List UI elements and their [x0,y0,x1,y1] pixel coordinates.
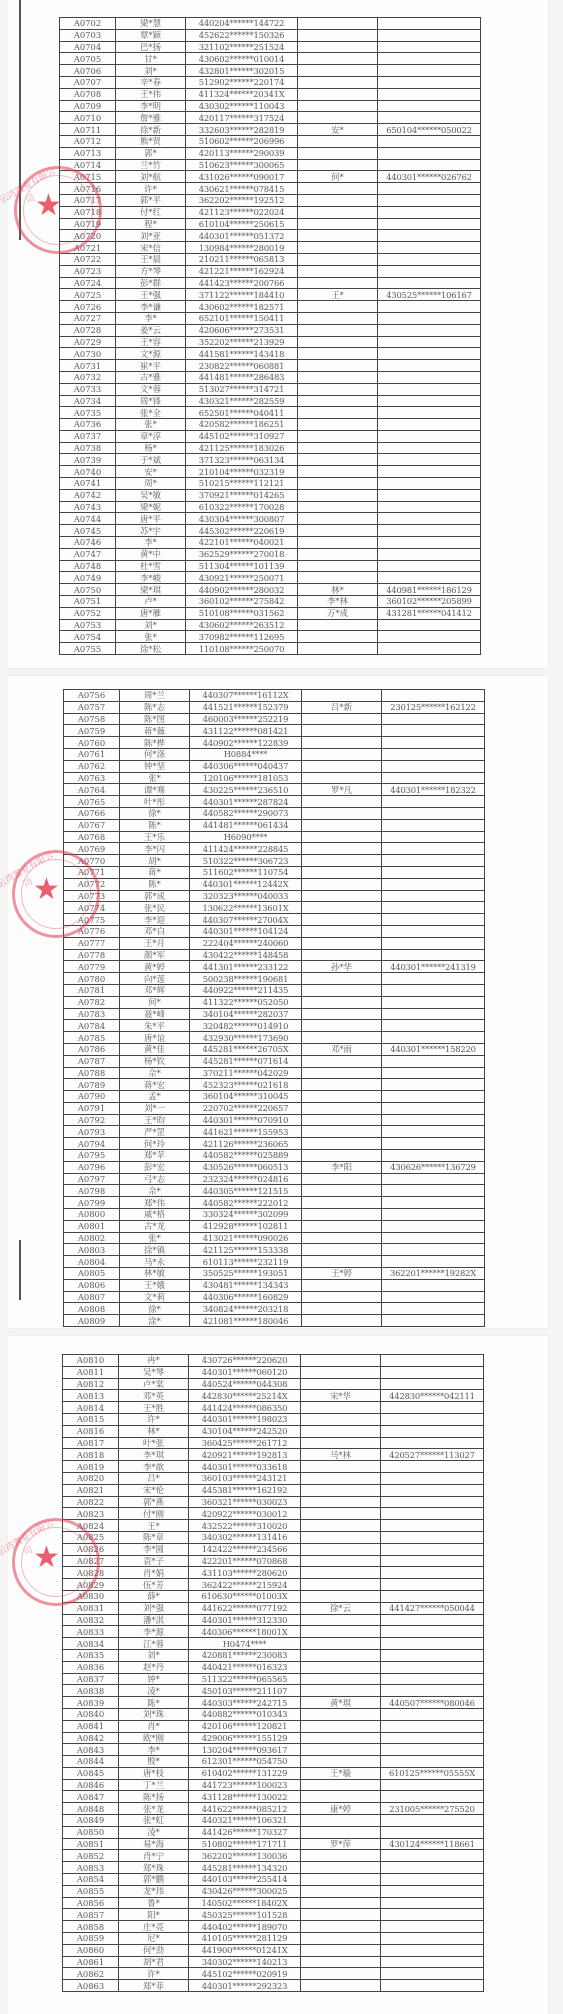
guardian-name [298,183,378,195]
guardian-id-number [378,336,481,348]
record-code: A0751 [60,596,116,608]
record-code: A0829 [63,1579,119,1591]
record-code: A0762 [64,760,120,772]
person-name: 戚*格 [120,1209,190,1221]
person-name: 唐*雁 [116,607,186,619]
record-code: A0783 [64,1008,120,1020]
id-number: 220702******220657 [190,1102,302,1114]
id-number: 441622******077192 [189,1602,301,1614]
guardian-id-number: 231005******275520 [381,1803,484,1815]
person-name: 李*歆 [119,1461,189,1473]
guardian-name [301,1885,381,1897]
guardian-name [301,1355,381,1367]
person-name: 王*乐 [120,831,190,843]
person-name: 蒋*薇 [120,725,190,737]
table-row: A0711徐*新332603******282819安*650104******… [60,124,481,136]
id-number: 430726******220620 [189,1355,301,1367]
guardian-id-number [378,312,481,324]
id-number: 445281******134320 [189,1862,301,1874]
person-name: 鲁* [119,1897,189,1909]
id-number: 430621******078415 [186,183,298,195]
table-row: A0839陈*440303******242715黄*琪440507******… [63,1697,484,1709]
guardian-name [298,112,378,124]
table-row: A0861胡*君340302******140213 [63,1956,484,1968]
person-name: 程* [116,218,186,230]
record-code: A0779 [64,961,120,973]
guardian-name [301,1826,381,1838]
guardian-id-number [378,548,481,560]
person-name: 何*玲 [120,1138,190,1150]
table-row: A0800戚*格330324******302099 [64,1209,485,1221]
record-code: A0725 [60,289,116,301]
record-code: A0782 [64,996,120,1008]
id-number: 320323******040033 [190,890,302,902]
person-name: 佘* [120,1185,190,1197]
guardian-name [301,1555,381,1567]
guardian-name [302,1067,382,1079]
record-code: A0758 [64,713,120,725]
guardian-name [298,230,378,242]
id-number: 441900******01241X [189,1944,301,1956]
table-row: A0736张*420582******186251 [60,419,481,431]
guardian-name [298,253,378,265]
person-name: 张*虹 [119,1815,189,1827]
guardian-name [301,1472,381,1484]
record-code: A0775 [64,914,120,926]
id-number: 360321******030023 [189,1496,301,1508]
record-code: A0850 [63,1826,119,1838]
guardian-id-number [381,1355,484,1367]
person-name: 薛* [119,1590,189,1602]
record-code: A0800 [64,1209,120,1221]
person-name: 王*容 [116,336,186,348]
guardian-name [302,1102,382,1114]
id-number: 441581******143418 [186,348,298,360]
guardian-name [301,1543,381,1555]
guardian-name [301,1862,381,1874]
record-code: A0730 [60,348,116,360]
guardian-name [302,855,382,867]
guardian-name [301,1649,381,1661]
table-row: A0785唐*谊432930******173690 [64,1032,485,1044]
guardian-id-number [382,1315,485,1327]
table-row: A0725王*强371122******184410王*430525******… [60,289,481,301]
record-code: A0822 [63,1496,119,1508]
person-name: 刘*强 [119,1602,189,1614]
guardian-name [302,1114,382,1126]
guardian-id-number: 360102******205899 [378,596,481,608]
id-number: 430225******236510 [190,784,302,796]
guardian-name [302,831,382,843]
guardian-name [302,890,382,902]
record-code: A0861 [63,1956,119,1968]
id-number: 411424******228845 [190,843,302,855]
id-number: 445381******162192 [189,1484,301,1496]
person-name: 朱*平 [120,1020,190,1032]
guardian-id-number [378,360,481,372]
roster-table-page-3: A0810冉*430726******220620A0811吴*琴440301*… [62,1354,484,1992]
id-number: 510215******112121 [186,478,298,490]
table-row: A0860何*劲441900******01241X [63,1944,484,1956]
person-name: 周* [116,478,186,490]
person-name: 覃*颖 [116,29,186,41]
table-row: A0715刘*航431026******090017何*440301******… [60,171,481,183]
guardian-name [302,937,382,949]
guardian-name: 罗*萍 [301,1838,381,1850]
guardian-id-number [382,1303,485,1315]
id-number: 441481******286483 [186,371,298,383]
guardian-name [301,1956,381,1968]
person-name: 郑*伟 [120,1197,190,1209]
guardian-name [301,1508,381,1520]
guardian-name [302,1079,382,1091]
person-name: 宋*信 [116,242,186,254]
guardian-id-number [378,454,481,466]
record-code: A0810 [63,1355,119,1367]
record-code: A0855 [63,1885,119,1897]
table-row: A0713郭*420113******290039 [60,147,481,159]
guardian-name [301,1673,381,1685]
guardian-name: 林* [298,584,378,596]
table-row: A0778颜*军430422******148458 [64,949,485,961]
guardian-id-number [381,1461,484,1473]
person-name: 唐*平 [116,513,186,525]
guardian-name [298,466,378,478]
guardian-id-number [381,1980,484,1992]
table-row: A0710詹*雅420117******317524 [60,112,481,124]
record-code: A0826 [63,1543,119,1555]
guardian-id-number [382,725,485,737]
guardian-name [298,312,378,324]
id-number: 440301******198023 [189,1413,301,1425]
record-code: A0793 [64,1126,120,1138]
person-name: 聂*峰 [120,1008,190,1020]
guardian-name [301,1614,381,1626]
record-code: A0722 [60,253,116,265]
table-row: A0734周*锋430321******282559 [60,395,481,407]
table-row: A0749李*峻430921******250071 [60,572,481,584]
id-number: 210211******065813 [186,253,298,265]
record-code: A0823 [63,1508,119,1520]
table-row: A0787杨*钦445281******071614 [64,1055,485,1067]
table-row: A0741周*510215******112121 [60,478,481,490]
record-code: A0741 [60,478,116,490]
record-code: A0772 [64,878,120,890]
guardian-name [301,1791,381,1803]
person-name: 文*莉 [120,1291,190,1303]
guardian-name: 徐*云 [301,1602,381,1614]
guardian-name [298,348,378,360]
guardian-id-number [382,690,485,702]
id-number: 362529******270018 [186,548,298,560]
person-name: 彭*群 [116,277,186,289]
guardian-id-number [378,18,481,30]
record-code: A0830 [63,1590,119,1602]
record-code: A0796 [64,1161,120,1173]
person-name: 伍*芳 [119,1579,189,1591]
id-number: 352202******213929 [186,336,298,348]
id-number: 441723******100023 [189,1779,301,1791]
record-code: A0795 [64,1150,120,1162]
person-name: 刘* [116,65,186,77]
guardian-id-number [381,1956,484,1968]
id-number: 420921******192813 [189,1449,301,1461]
guardian-id-number: 440301******026762 [378,171,481,183]
record-code: A0789 [64,1079,120,1091]
record-code: A0776 [64,925,120,937]
guardian-id-number [378,631,481,643]
record-code: A0836 [63,1661,119,1673]
person-name: 文*源 [116,348,186,360]
id-number: 370211******042029 [190,1067,302,1079]
guardian-id-number [382,1279,485,1291]
record-code: A0785 [64,1032,120,1044]
guardian-id-number [378,112,481,124]
guardian-name [302,843,382,855]
table-row: A0825陈*章340302******131416 [63,1531,484,1543]
guardian-id-number [381,1567,484,1579]
guardian-name [301,1921,381,1933]
record-code: A0858 [63,1921,119,1933]
table-row: A0807文*莉440306******160829 [64,1291,485,1303]
person-name: 张* [120,772,190,784]
table-row: A0756周*兰440307******16112X [64,690,485,702]
guardian-name [302,1220,382,1232]
table-row: A0780向*莲500238******190681 [64,973,485,985]
person-name: 王*强 [116,289,186,301]
guardian-name [301,1708,381,1720]
guardian-id-number: 650104******050022 [378,124,481,136]
record-code: A0731 [60,360,116,372]
guardian-name: 宋*华 [301,1390,381,1402]
guardian-id-number [378,430,481,442]
table-row: A0772陈*440301******12442X [64,878,485,890]
id-number: 430526******060513 [190,1161,302,1173]
record-code: A0792 [64,1114,120,1126]
person-name: 安* [116,466,186,478]
guardian-name [301,1933,381,1945]
guardian-id-number [381,1626,484,1638]
record-code: A0716 [60,183,116,195]
table-row: A0751卢*360102******275842李*林360102******… [60,596,481,608]
id-number: 440582******290073 [190,807,302,819]
person-name: 刘*航 [116,171,186,183]
id-number: 431128******130022 [189,1791,301,1803]
record-code: A0788 [64,1067,120,1079]
guardian-id-number [378,525,481,537]
guardian-id-number [382,1126,485,1138]
person-name: 周*兰 [120,690,190,702]
guardian-id-number [381,1472,484,1484]
person-name: 梁*慧 [116,18,186,30]
guardian-name [298,513,378,525]
guardian-name [302,902,382,914]
id-number: 452323******021618 [190,1079,302,1091]
guardian-name [302,973,382,985]
guardian-name [298,336,378,348]
record-code: A0747 [60,548,116,560]
id-number: 450103******211107 [189,1685,301,1697]
guardian-name [298,619,378,631]
record-code: A0746 [60,537,116,549]
table-row: A0739于*斌371323******063134 [60,454,481,466]
guardian-id-number [381,1791,484,1803]
person-name: 于*斌 [116,454,186,466]
table-row: A0717郭*平362202******192512 [60,194,481,206]
table-row: A0831刘*强441622******077192徐*云441427*****… [63,1602,484,1614]
table-row: A0853郑*珠445281******134320 [63,1862,484,1874]
person-name: 谭*骞 [120,784,190,796]
guardian-id-number [378,135,481,147]
table-row: A0758陈*图460003******252219 [64,713,485,725]
person-name: 陈* [120,878,190,890]
guardian-name [301,1732,381,1744]
guardian-id-number [378,183,481,195]
guardian-id-number [381,1850,484,1862]
id-number: 440306******040437 [190,760,302,772]
table-row: A0746李*422101******040021 [60,537,481,549]
guardian-name: 马*林 [301,1449,381,1461]
record-code: A0843 [63,1744,119,1756]
record-code: A0837 [63,1673,119,1685]
table-row: A0738杨*421125******183026 [60,442,481,454]
table-row: A0818李*琪420921******192813马*林420527*****… [63,1449,484,1461]
guardian-id-number [381,1874,484,1886]
id-number: 410105******281129 [189,1933,301,1945]
record-code: A0801 [64,1220,120,1232]
person-name: 兰*竹 [116,159,186,171]
guardian-id-number [381,1744,484,1756]
record-code: A0845 [63,1767,119,1779]
table-row: A0837钟*511322******065565 [63,1673,484,1685]
person-name: 庄*亮 [119,1921,189,1933]
guardian-id-number [381,1496,484,1508]
guardian-id-number [381,1826,484,1838]
id-number: 440301******312330 [189,1614,301,1626]
record-code: A0790 [64,1091,120,1103]
id-number: 430921******250071 [186,572,298,584]
guardian-id-number [378,383,481,395]
record-code: A0724 [60,277,116,289]
guardian-name [302,1279,382,1291]
id-number: 610322******170028 [186,501,298,513]
table-row: A0829伍*芳362422******215924 [63,1579,484,1591]
id-number: 340104******282037 [190,1008,302,1020]
record-code: A0831 [63,1602,119,1614]
guardian-id-number [382,1150,485,1162]
guardian-id-number [381,1897,484,1909]
person-name: 黄*婷 [120,961,190,973]
guardian-name [298,560,378,572]
record-code: A0816 [63,1425,119,1437]
record-code: A0718 [60,206,116,218]
person-name: 李* [116,537,186,549]
record-code: A0719 [60,218,116,230]
id-number: 441621******155953 [190,1126,302,1138]
record-code: A0853 [63,1862,119,1874]
table-row: A0755徐*松110108******250070 [60,643,481,655]
record-code: A0761 [64,748,120,760]
person-name: 丁*兰 [119,1779,189,1791]
table-row: A0777王*月222404******240060 [64,937,485,949]
person-name: 唐*谊 [120,1032,190,1044]
person-name: 徐* [120,807,190,819]
guardian-id-number [382,914,485,926]
table-row: A0722王*晨210211******065813 [60,253,481,265]
person-name: 李*明 [116,100,186,112]
table-row: A0750梁*琪440902******280032林*440981******… [60,584,481,596]
guardian-name [301,1909,381,1921]
guardian-id-number [382,807,485,819]
table-row: A0841肖*420106******120821 [63,1720,484,1732]
person-name: 蒋*宏 [120,1079,190,1091]
id-number: 440421******016323 [189,1661,301,1673]
table-row: A0792王*昀440301******070910 [64,1114,485,1126]
record-code: A0813 [63,1390,119,1402]
table-row: A0729王*容352202******213929 [60,336,481,348]
id-number: 362422******215924 [189,1579,301,1591]
table-row: A0789蒋*宏452323******021618 [64,1079,485,1091]
record-code: A0721 [60,242,116,254]
person-name: 郑*苹 [120,1150,190,1162]
guardian-id-number [381,1661,484,1673]
table-row: A0840刘*珠440882******010343 [63,1708,484,1720]
person-name: 陈*图 [120,713,190,725]
person-name: 王* [119,1520,189,1532]
record-code: A0768 [64,831,120,843]
table-row: A0823付*刚420922******030012 [63,1508,484,1520]
id-number: 510602******206996 [186,135,298,147]
table-row: A0753刘*430602******263512 [60,619,481,631]
id-number: 610113******232119 [190,1256,302,1268]
guardian-name [302,914,382,926]
table-row: A0737章*淳445102******310927 [60,430,481,442]
guardian-name [298,383,378,395]
person-name: 弓*志 [120,1173,190,1185]
person-name: 叶*彤 [120,796,190,808]
id-number: 330324******302099 [190,1209,302,1221]
table-row: A0850凌*441426******170327 [63,1826,484,1838]
guardian-name [301,1402,381,1414]
id-number: 232324******024816 [190,1173,302,1185]
guardian-name [302,1173,382,1185]
guardian-name [302,1185,382,1197]
guardian-name [298,100,378,112]
table-row: A0809涂*421081******180046 [64,1315,485,1327]
id-number: 430481******134343 [190,1279,302,1291]
guardian-name [298,478,378,490]
id-number: 445281******071614 [190,1055,302,1067]
id-number: 222404******240060 [190,937,302,949]
table-row: A0769李*闪411424******228845 [64,843,485,855]
person-name: 尼* [119,1933,189,1945]
person-name: 黄*中 [116,548,186,560]
id-number: 432522******310020 [189,1520,301,1532]
page-fold-edge [19,1240,21,1300]
id-number: 441426******170327 [189,1826,301,1838]
table-row: A0727李*652101******150411 [60,312,481,324]
id-number: 440402******189070 [189,1921,301,1933]
record-code: A0766 [64,807,120,819]
guardian-name [302,996,382,1008]
guardian-id-number [381,1885,484,1897]
guardian-name [301,1484,381,1496]
record-code: A0808 [64,1303,120,1315]
person-name: 林*敏 [120,1268,190,1280]
table-row: A0822郭*燕360321******030023 [63,1496,484,1508]
id-number: 430602******182571 [186,301,298,313]
guardian-id-number [382,748,485,760]
